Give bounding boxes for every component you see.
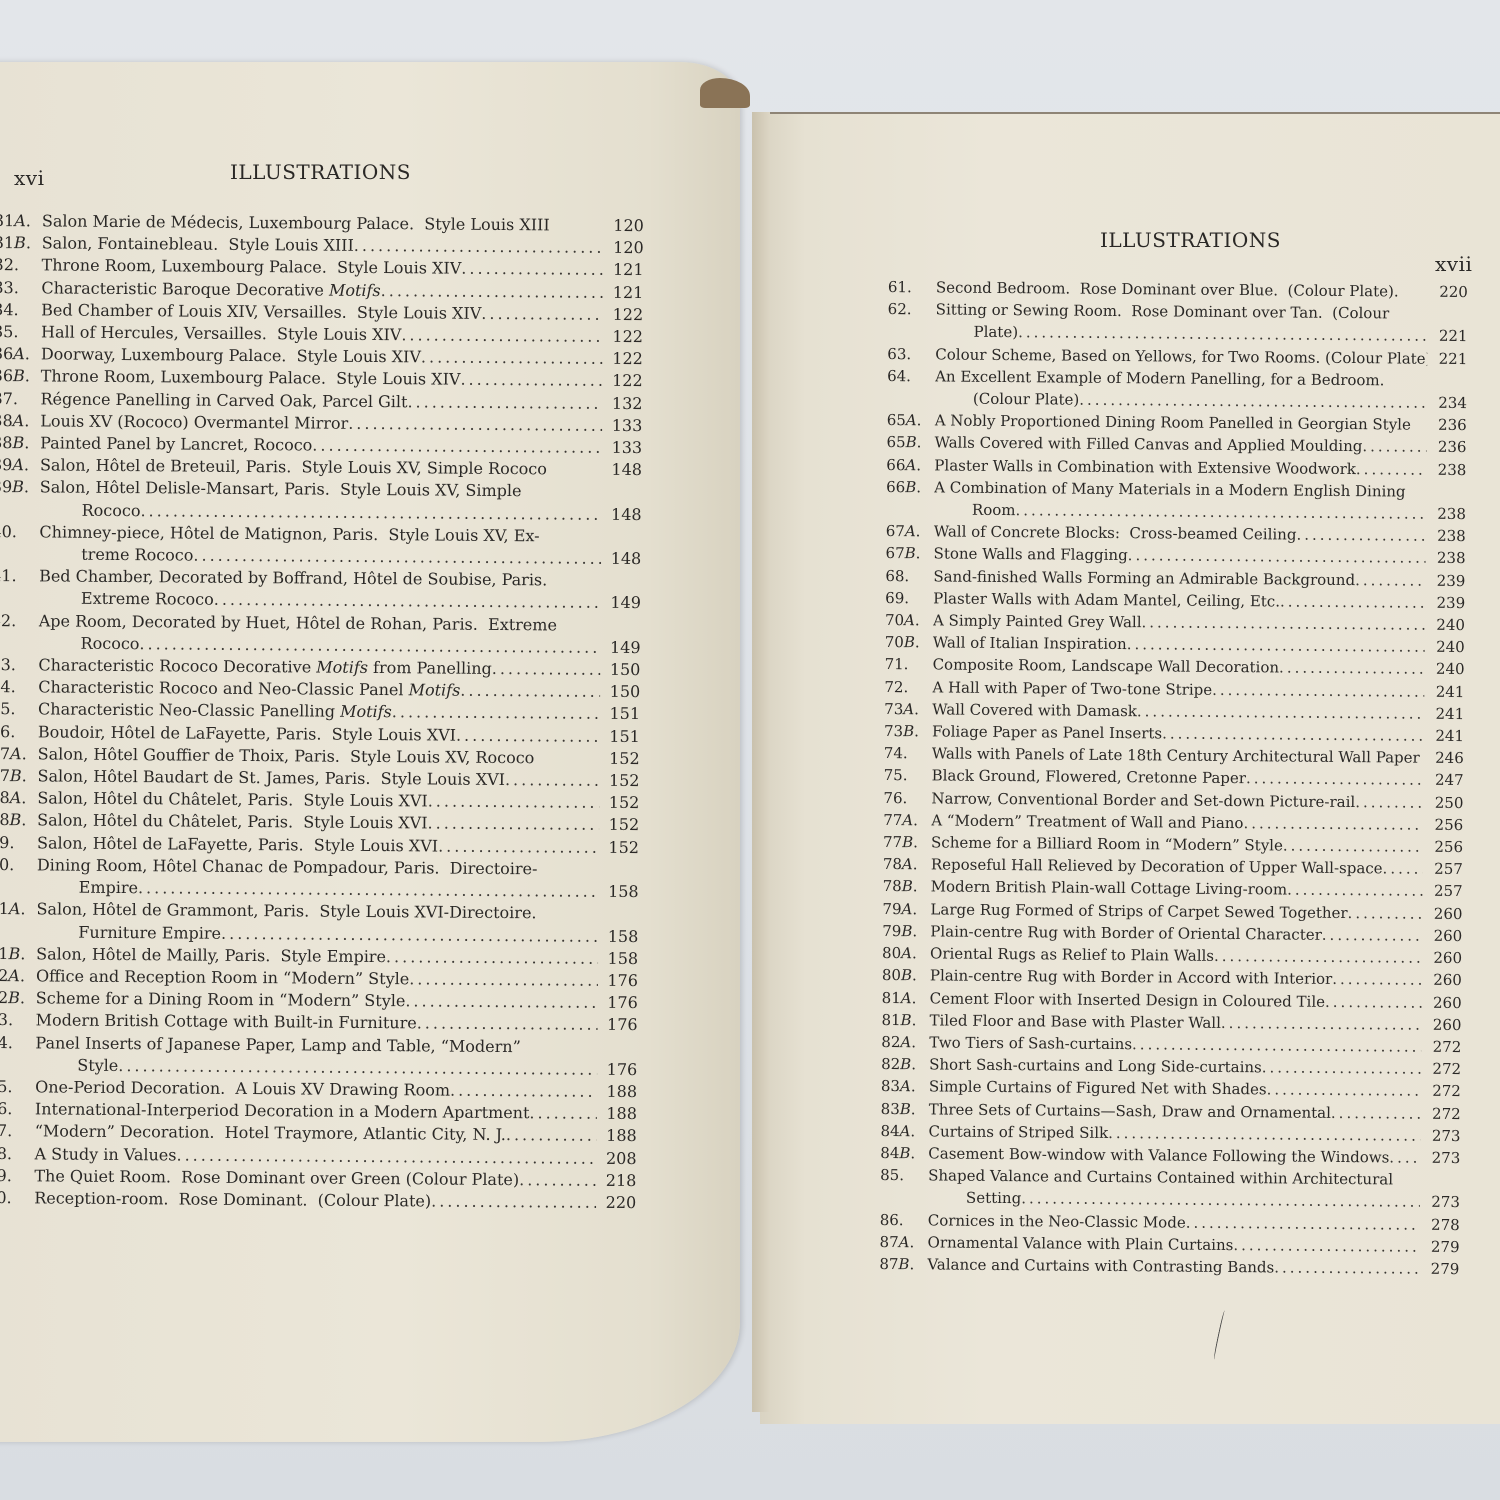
- right-illustrations-list: 61.Second Bedroom. Rose Dominant over Bl…: [879, 276, 1468, 1280]
- figure-title: A “Modern” Treatment of Wall and Piano: [931, 809, 1243, 834]
- figure-suffix: B: [8, 944, 20, 963]
- figure-title: Boudoir, Hôtel de LaFayette, Paris. Styl…: [38, 721, 456, 746]
- figure-number: 60.: [0, 1187, 34, 1210]
- figure-number: 52B.: [0, 987, 36, 1010]
- figure-number: 50.: [0, 854, 37, 877]
- figure-title: Hall of Hercules, Versailles. Style Loui…: [41, 321, 402, 346]
- figure-title: Tiled Floor and Base with Plaster Wall: [929, 1009, 1221, 1034]
- dot-leader: ........................................…: [456, 724, 600, 747]
- page-number: 122: [603, 326, 643, 349]
- dot-leader: ........................................…: [1079, 389, 1427, 414]
- dot-leader: ........................................…: [1128, 545, 1426, 570]
- dot-leader: ........................................…: [354, 235, 604, 259]
- figure-title: Room: [972, 499, 1016, 522]
- figure-title: Cornices in the Neo-Classic Mode: [928, 1209, 1186, 1233]
- dot-leader: ........................................…: [1322, 924, 1423, 947]
- figure-number: 49.: [0, 832, 37, 855]
- figure-title: Modern British Plain-wall Cottage Living…: [931, 876, 1288, 901]
- dot-leader: ........................................…: [1332, 968, 1422, 991]
- figure-number: 66B.: [886, 476, 934, 499]
- list-item: 41.Bed Chamber, Decorated by Boffrand, H…: [0, 565, 641, 615]
- figure-number: 43.: [0, 654, 39, 677]
- dot-leader: ........................................…: [1246, 768, 1424, 792]
- dot-leader: ........................................…: [405, 990, 598, 1014]
- figure-title: Plate): [973, 321, 1018, 344]
- figure-number: 57.: [0, 1120, 35, 1143]
- figure-suffix: A: [903, 700, 914, 718]
- figure-suffix: B: [902, 878, 913, 896]
- figure-number: 36B.: [0, 365, 41, 388]
- dot-leader: ........................................…: [348, 413, 602, 437]
- dot-leader: ........................................…: [431, 1190, 596, 1213]
- figure-number: 78A.: [883, 853, 931, 876]
- page-number: 152: [599, 770, 639, 793]
- figure-suffix: B: [12, 433, 24, 452]
- figure-title: Reception-room. Rose Dominant. (Colour P…: [34, 1187, 431, 1212]
- page-number: 279: [1419, 1235, 1459, 1258]
- figure-suffix: A: [9, 899, 21, 918]
- page-number: 150: [600, 681, 640, 704]
- figure-number: 67A.: [886, 520, 934, 543]
- figure-number: 79A.: [882, 898, 930, 921]
- list-item: 50.Dining Room, Hôtel Chanac de Pompadou…: [0, 854, 639, 904]
- figure-number: 55.: [0, 1076, 35, 1099]
- dot-leader: ........................................…: [417, 1013, 598, 1037]
- dot-leader: ........................................…: [1274, 1256, 1419, 1279]
- figure-number: 62.: [888, 298, 936, 321]
- dot-leader: ........................................…: [214, 589, 601, 614]
- figure-suffix: B: [898, 1255, 909, 1273]
- list-item: 85.Shaped Valance and Curtains Contained…: [880, 1164, 1460, 1213]
- page-number: 158: [599, 881, 639, 904]
- figure-title: treme Rococo: [81, 544, 193, 567]
- dot-leader: ........................................…: [1362, 436, 1426, 459]
- figure-number: 77A.: [883, 809, 931, 832]
- dot-leader: ........................................…: [505, 769, 600, 792]
- figure-number: 72.: [884, 676, 932, 699]
- figure-title: Throne Room, Luxembourg Palace. Style Lo…: [41, 255, 461, 280]
- dot-leader: ........................................…: [460, 369, 602, 392]
- figure-number: 85.: [880, 1164, 928, 1187]
- figure-number: 56.: [0, 1098, 35, 1121]
- figure-title: Simple Curtains of Figured Net with Shad…: [929, 1076, 1267, 1101]
- dot-leader: ........................................…: [1141, 611, 1425, 636]
- figure-number: 81A.: [882, 986, 930, 1009]
- dot-leader: ........................................…: [1356, 458, 1427, 481]
- page-number: 220: [1428, 281, 1468, 304]
- page-number: 257: [1423, 880, 1463, 903]
- figure-number: 59.: [0, 1165, 35, 1188]
- page-number: 120: [604, 237, 644, 260]
- figure-number: 73A.: [884, 698, 932, 721]
- page-number: 176: [597, 1058, 637, 1081]
- page-number: 239: [1425, 569, 1465, 592]
- page-number: 122: [603, 348, 643, 371]
- figure-number: 36A.: [0, 343, 41, 366]
- figure-number: 33.: [0, 277, 41, 300]
- figure-number: 63.: [887, 343, 935, 366]
- figure-suffix: A: [900, 1033, 911, 1051]
- page-number: 246: [1424, 747, 1464, 770]
- dot-leader: ........................................…: [481, 303, 603, 326]
- dot-leader: ........................................…: [1233, 1234, 1419, 1258]
- dot-leader: ........................................…: [401, 324, 603, 348]
- figure-title: Plaster Walls with Adam Mantel, Ceiling,…: [933, 587, 1280, 612]
- figure-title: Characteristic Rococo and Neo-Classic Pa…: [38, 677, 460, 703]
- figure-number: 41.: [0, 565, 39, 588]
- figure-title: A Study in Values: [35, 1143, 177, 1166]
- dot-leader: ........................................…: [461, 258, 603, 281]
- page-number: 240: [1425, 636, 1465, 659]
- figure-suffix: A: [902, 811, 913, 829]
- page-number: 149: [601, 592, 641, 615]
- figure-number: 80A.: [882, 942, 930, 965]
- figure-title: (Colour Plate): [973, 388, 1080, 411]
- figure-number: 71.: [885, 653, 933, 676]
- page-number: 158: [598, 925, 638, 948]
- page-number: 132: [602, 392, 642, 415]
- figure-title: Scheme for a Billiard Room in “Modern” S…: [931, 831, 1283, 856]
- figure-number: 45.: [0, 698, 38, 721]
- figure-suffix: B: [899, 1144, 910, 1162]
- dot-leader: ........................................…: [409, 968, 598, 992]
- page-number: 273: [1420, 1124, 1460, 1147]
- dot-leader: ........................................…: [1132, 1033, 1421, 1058]
- dot-leader: ........................................…: [1331, 1101, 1421, 1124]
- figure-title: Characteristic Baroque Decorative Motifs: [41, 277, 380, 302]
- figure-suffix: B: [904, 633, 915, 651]
- figure-suffix: A: [10, 744, 22, 763]
- figure-number: 84A.: [880, 1120, 928, 1143]
- list-item: 51A.Salon, Hôtel de Grammont, Paris. Sty…: [0, 898, 639, 948]
- dot-leader: ........................................…: [1296, 524, 1425, 547]
- figure-number: 58.: [0, 1143, 35, 1166]
- figure-suffix: A: [900, 1122, 911, 1140]
- figure-title: Throne Room, Luxembourg Palace. Style Lo…: [41, 366, 461, 391]
- dot-leader: ........................................…: [1162, 722, 1424, 746]
- dot-leader: ........................................…: [176, 1144, 596, 1170]
- page-number: 188: [597, 1103, 637, 1126]
- figure-number: 81B.: [881, 1009, 929, 1032]
- book-gutter: [752, 112, 770, 1412]
- figure-number: 69.: [885, 587, 933, 610]
- figure-number: 82B.: [881, 1053, 929, 1076]
- figure-suffix: A: [901, 944, 912, 962]
- page-number: 234: [1427, 392, 1467, 415]
- dot-leader: ........................................…: [221, 922, 598, 947]
- page-number: 240: [1425, 614, 1465, 637]
- figure-number: 40.: [0, 521, 40, 544]
- page-number: 272: [1421, 1058, 1461, 1081]
- figure-title: Composite Room, Landscape Wall Decoratio…: [933, 654, 1280, 679]
- figure-title: Wall of Italian Inspiration: [933, 632, 1127, 656]
- figure-suffix: B: [13, 367, 25, 386]
- figure-number: 64.: [887, 365, 935, 388]
- page-number: 260: [1422, 925, 1462, 948]
- figure-number: 68.: [885, 565, 933, 588]
- dot-leader: ........................................…: [1325, 990, 1422, 1013]
- figure-title: Two Tiers of Sash-curtains: [929, 1031, 1132, 1055]
- figure-title: Style: [77, 1054, 118, 1077]
- right-page-folio: xvii: [1435, 252, 1472, 276]
- dot-leader: ........................................…: [427, 813, 599, 837]
- page-number: 152: [599, 792, 639, 815]
- figure-number: 39A.: [0, 454, 40, 477]
- page-number: 279: [1419, 1258, 1459, 1281]
- page-number: 278: [1420, 1213, 1460, 1236]
- figure-suffix: B: [901, 922, 912, 940]
- figure-suffix: A: [904, 611, 915, 629]
- figure-number: 31B.: [0, 232, 42, 255]
- page-number: 220: [596, 1192, 636, 1215]
- figure-number: 37.: [0, 388, 41, 411]
- dot-leader: ........................................…: [312, 435, 602, 459]
- page-number: 133: [602, 415, 642, 438]
- page-number: 188: [597, 1125, 637, 1148]
- figure-title: Salon, Hôtel de Mailly, Paris. Style Emp…: [36, 943, 386, 968]
- figure-title: Extreme Rococo: [81, 588, 214, 611]
- dot-leader: ........................................…: [1127, 633, 1425, 658]
- page-number: 241: [1424, 703, 1464, 726]
- figure-number: 73B.: [884, 720, 932, 743]
- figure-number: 74.: [884, 742, 932, 765]
- figure-title: Salon, Fontainebleau. Style Louis XIII: [42, 233, 354, 258]
- page-number: 122: [603, 304, 643, 327]
- figure-suffix: A: [899, 1233, 910, 1251]
- figure-suffix: A: [14, 211, 26, 230]
- dot-leader: ........................................…: [1221, 1012, 1422, 1036]
- dot-leader: ........................................…: [1186, 1211, 1420, 1235]
- figure-suffix: A: [901, 989, 912, 1007]
- page-number: 247: [1424, 769, 1464, 792]
- page-number: 236: [1427, 414, 1467, 437]
- figure-number: 83B.: [881, 1097, 929, 1120]
- figure-number: 61.: [888, 276, 936, 299]
- dot-leader: ........................................…: [1355, 569, 1425, 592]
- page-number: 241: [1424, 725, 1464, 748]
- dot-leader: ........................................…: [392, 702, 600, 726]
- figure-number: 48B.: [0, 809, 37, 832]
- page-number: 188: [597, 1081, 637, 1104]
- figure-title: Modern British Cottage with Built-in Fur…: [36, 1010, 417, 1035]
- figure-suffix: B: [905, 545, 916, 563]
- figure-suffix: A: [13, 344, 25, 363]
- page-number: 148: [601, 548, 641, 571]
- figure-title: Stone Walls and Flagging: [933, 543, 1127, 567]
- dot-leader: ........................................…: [381, 280, 604, 304]
- figure-title: Valance and Curtains with Contrasting Ba…: [927, 1253, 1274, 1278]
- figure-title: Rococo: [81, 633, 140, 656]
- figure-title: Curtains of Striped Silk: [928, 1120, 1108, 1144]
- page-number: 272: [1421, 1080, 1461, 1103]
- dot-leader: ........................................…: [1279, 657, 1425, 680]
- figure-number: 86.: [880, 1208, 928, 1231]
- figure-number: 44.: [0, 676, 38, 699]
- figure-number: 79B.: [882, 920, 930, 943]
- figure-title: Furniture Empire: [78, 921, 221, 944]
- figure-number: 42.: [0, 610, 39, 633]
- page-number: 257: [1423, 858, 1463, 881]
- dot-leader: ........................................…: [529, 1102, 597, 1125]
- page-number: 176: [598, 1014, 638, 1037]
- figure-number: 82A.: [881, 1031, 929, 1054]
- page-number: 260: [1422, 969, 1462, 992]
- dot-leader: ........................................…: [1243, 812, 1423, 836]
- dot-leader: ........................................…: [1287, 879, 1423, 902]
- figure-number: 38B.: [0, 432, 40, 455]
- page-number: 208: [596, 1147, 636, 1170]
- left-illustrations-list: 31A.Salon Marie de Médecis, Luxembourg P…: [0, 210, 644, 1214]
- page-number: 151: [600, 703, 640, 726]
- figure-title: Salon, Hôtel du Châtelet, Paris. Style L…: [37, 810, 428, 835]
- figure-number: 35.: [0, 321, 41, 344]
- figure-suffix: B: [900, 1100, 911, 1118]
- figure-suffix: B: [12, 478, 24, 497]
- figure-number: 51B.: [0, 943, 36, 966]
- page-number: 273: [1420, 1191, 1460, 1214]
- left-running-head: ILLUSTRATIONS: [230, 160, 411, 184]
- page-number: 256: [1423, 836, 1463, 859]
- figure-suffix: A: [905, 456, 916, 474]
- page-number: 152: [599, 814, 639, 837]
- page-number: 133: [602, 437, 642, 460]
- page-number: 260: [1422, 947, 1462, 970]
- figure-number: 47A.: [0, 743, 38, 766]
- figure-number: 70A.: [885, 609, 933, 632]
- figure-title: Empire: [79, 877, 139, 900]
- figure-number: 87B.: [879, 1253, 927, 1276]
- figure-number: 78B.: [883, 875, 931, 898]
- figure-number: 66A.: [886, 454, 934, 477]
- page-number: 151: [600, 725, 640, 748]
- dot-leader: ........................................…: [1382, 858, 1422, 881]
- figure-title: Wall Covered with Damask: [932, 698, 1137, 722]
- figure-title: Rococo: [82, 499, 141, 522]
- left-page-folio: xvi: [14, 166, 44, 190]
- dot-leader: ........................................…: [450, 1080, 597, 1103]
- page-number: 221: [1427, 347, 1467, 370]
- figure-title: Salon, Hôtel du Châtelet, Paris. Style L…: [37, 788, 428, 813]
- page-number: 256: [1423, 814, 1463, 837]
- page-number: 152: [600, 748, 640, 771]
- page-number: 238: [1425, 547, 1465, 570]
- page-number: 239: [1425, 592, 1465, 615]
- figure-suffix: A: [8, 966, 20, 985]
- dot-leader: ........................................…: [1137, 700, 1424, 725]
- dot-leader: ........................................…: [421, 347, 603, 371]
- figure-title: Foliage Paper as Panel Inserts: [932, 720, 1162, 744]
- figure-suffix: B: [906, 434, 917, 452]
- page-number: 149: [600, 637, 640, 660]
- page-number: 250: [1423, 791, 1463, 814]
- list-item: 39B.Salon, Hôtel Delisle-Mansart, Paris.…: [0, 476, 642, 526]
- figure-number: 46.: [0, 721, 38, 744]
- figure-number: 39B.: [0, 476, 40, 499]
- dot-leader: ........................................…: [519, 1169, 596, 1192]
- figure-suffix: A: [906, 411, 917, 429]
- figure-title: Scheme for a Dining Room in “Modern” Sty…: [36, 987, 406, 1012]
- figure-number: 70B.: [885, 631, 933, 654]
- page-number: 221: [1427, 325, 1467, 348]
- figure-suffix: A: [13, 411, 25, 430]
- figure-title: One-Period Decoration. A Louis XV Drawin…: [35, 1076, 450, 1101]
- figure-suffix: A: [12, 455, 24, 474]
- figure-number: 65B.: [886, 431, 934, 454]
- figure-title: A Hall with Paper of Two-tone Stripe: [932, 676, 1212, 701]
- dot-leader: ........................................…: [1283, 835, 1423, 858]
- dot-leader: ........................................…: [407, 391, 602, 415]
- figure-number: 48A.: [0, 787, 37, 810]
- figure-number: 75.: [884, 764, 932, 787]
- page-number: 238: [1426, 503, 1466, 526]
- list-item: 42.Ape Room, Decorated by Huet, Hôtel de…: [0, 610, 641, 660]
- figure-number: 31A.: [0, 210, 42, 233]
- page-number: 122: [603, 370, 643, 393]
- figure-suffix: B: [901, 1011, 912, 1029]
- figure-title: Wall of Concrete Blocks: Cross-beamed Ce…: [934, 521, 1297, 546]
- dot-leader: ........................................…: [1280, 590, 1425, 613]
- figure-number: 76.: [883, 787, 931, 810]
- page-number: 272: [1421, 1102, 1461, 1125]
- page-number: 260: [1421, 1013, 1461, 1036]
- figure-title: Louis XV (Rococo) Overmantel Mirror: [40, 410, 348, 435]
- figure-title: Ornamental Valance with Plain Curtains: [927, 1231, 1233, 1256]
- page-number: 273: [1420, 1147, 1460, 1170]
- page-number: 272: [1421, 1036, 1461, 1059]
- page-number: 240: [1424, 658, 1464, 681]
- figure-title: Short Sash-curtains and Long Side-curtai…: [929, 1053, 1262, 1078]
- page-number: 236: [1426, 436, 1466, 459]
- page-number: 158: [598, 947, 638, 970]
- dot-leader: ........................................…: [1355, 791, 1423, 814]
- page-number: 238: [1426, 458, 1466, 481]
- figure-number: 67B.: [885, 542, 933, 565]
- dot-leader: ........................................…: [428, 791, 600, 815]
- dot-leader: ........................................…: [438, 835, 599, 858]
- page-number: 218: [596, 1169, 636, 1192]
- figure-title: Régence Panelling in Carved Oak, Parcel …: [40, 388, 407, 413]
- right-running-head: ILLUSTRATIONS: [1100, 228, 1281, 252]
- list-item: 64.An Excellent Example of Modern Panell…: [887, 365, 1467, 414]
- figure-suffix: A: [901, 900, 912, 918]
- figure-title: A Simply Painted Grey Wall: [933, 609, 1142, 633]
- figure-suffix: B: [903, 722, 914, 740]
- list-item: 40.Chimney-piece, Hôtel de Matignon, Par…: [0, 521, 642, 571]
- figure-number: 84B.: [880, 1142, 928, 1165]
- figure-suffix: A: [10, 788, 22, 807]
- figure-suffix: B: [901, 966, 912, 984]
- figure-number: 65A.: [887, 409, 935, 432]
- dot-leader: ........................................…: [386, 946, 598, 970]
- dot-leader: ........................................…: [1108, 1122, 1421, 1147]
- figure-number: 87A.: [879, 1231, 927, 1254]
- list-item: 62.Sitting or Sewing Room. Rose Dominant…: [887, 298, 1467, 347]
- figure-suffix: B: [9, 811, 21, 830]
- figure-number: 52A.: [0, 965, 36, 988]
- figure-suffix: B: [905, 478, 916, 496]
- page-number: 148: [602, 503, 642, 526]
- page-number: 148: [602, 459, 642, 482]
- figure-title: Salon, Hôtel de LaFayette, Paris. Style …: [37, 832, 438, 857]
- figure-number: 47B.: [0, 765, 38, 788]
- figure-suffix: B: [8, 988, 20, 1007]
- dot-leader: ........................................…: [1262, 1056, 1422, 1080]
- dot-leader: ........................................…: [1214, 945, 1422, 969]
- figure-suffix: A: [900, 1077, 911, 1095]
- list-item: 66B.A Combination of Many Materials in a…: [886, 476, 1466, 525]
- dot-leader: ........................................…: [193, 545, 601, 570]
- dot-leader: ........................................…: [1212, 679, 1424, 703]
